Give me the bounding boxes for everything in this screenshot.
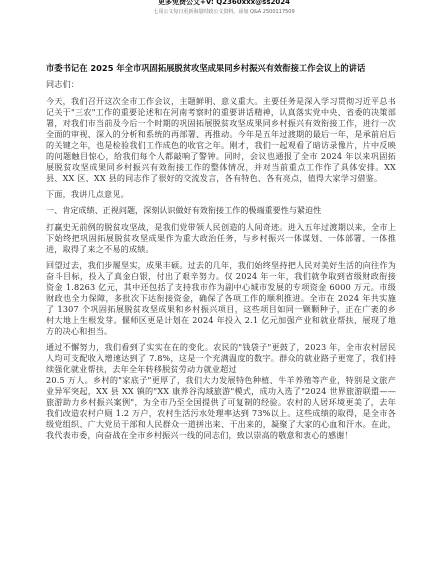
header-subline: 七哥公文每日更新海量时政公文资料。添加 Q&A 2500117509 bbox=[0, 8, 448, 16]
paragraph-intro: 今天，我们召开这次全市工作会议，主题鲜明、意义重大。主要任务是深入学习贯彻习近平… bbox=[46, 96, 396, 184]
paragraph-funding: 回望过去，我们步履坚实，成果丰硕。过去的几年，我们始终坚持把人民对美好生活的向往… bbox=[46, 260, 396, 337]
salutation: 同志们： bbox=[46, 79, 396, 90]
paragraph-transition: 下面，我讲几点意见。 bbox=[46, 189, 396, 200]
section-heading-1: 一、肯定成绩、正视问题，深刻认识做好有效衔接工作的极端重要性与紧迫性 bbox=[46, 205, 396, 216]
paragraph-changes: 通过不懈努力，我们看到了实实在在的变化。农民的"钱袋子"更鼓了，2023 年，全… bbox=[46, 342, 396, 375]
page-header: 更多免费公文+V: Q2360xxx@ss2024 七哥公文每日更新海量时政公文… bbox=[0, 0, 448, 16]
paragraph-results: 20.5 万人。乡村的"家底子"更厚了，我们大力发展特色种植、牛羊养殖等产业，特… bbox=[46, 375, 396, 441]
paragraph-achievement-intro: 打赢史无前例的脱贫攻坚战，是我们党带领人民创造的人间奇迹。进入五年过渡期以来，全… bbox=[46, 222, 396, 255]
document-title: 市委书记在 2025 年全市巩固拓展脱贫攻坚成果同乡村振兴有效衔接工作会议上的讲… bbox=[46, 63, 396, 74]
header-promo-line: 更多免费公文+V: Q2360xxx@ss2024 bbox=[0, 0, 448, 6]
document-body: 市委书记在 2025 年全市巩固拓展脱贫攻坚成果同乡村振兴有效衔接工作会议上的讲… bbox=[46, 63, 396, 446]
